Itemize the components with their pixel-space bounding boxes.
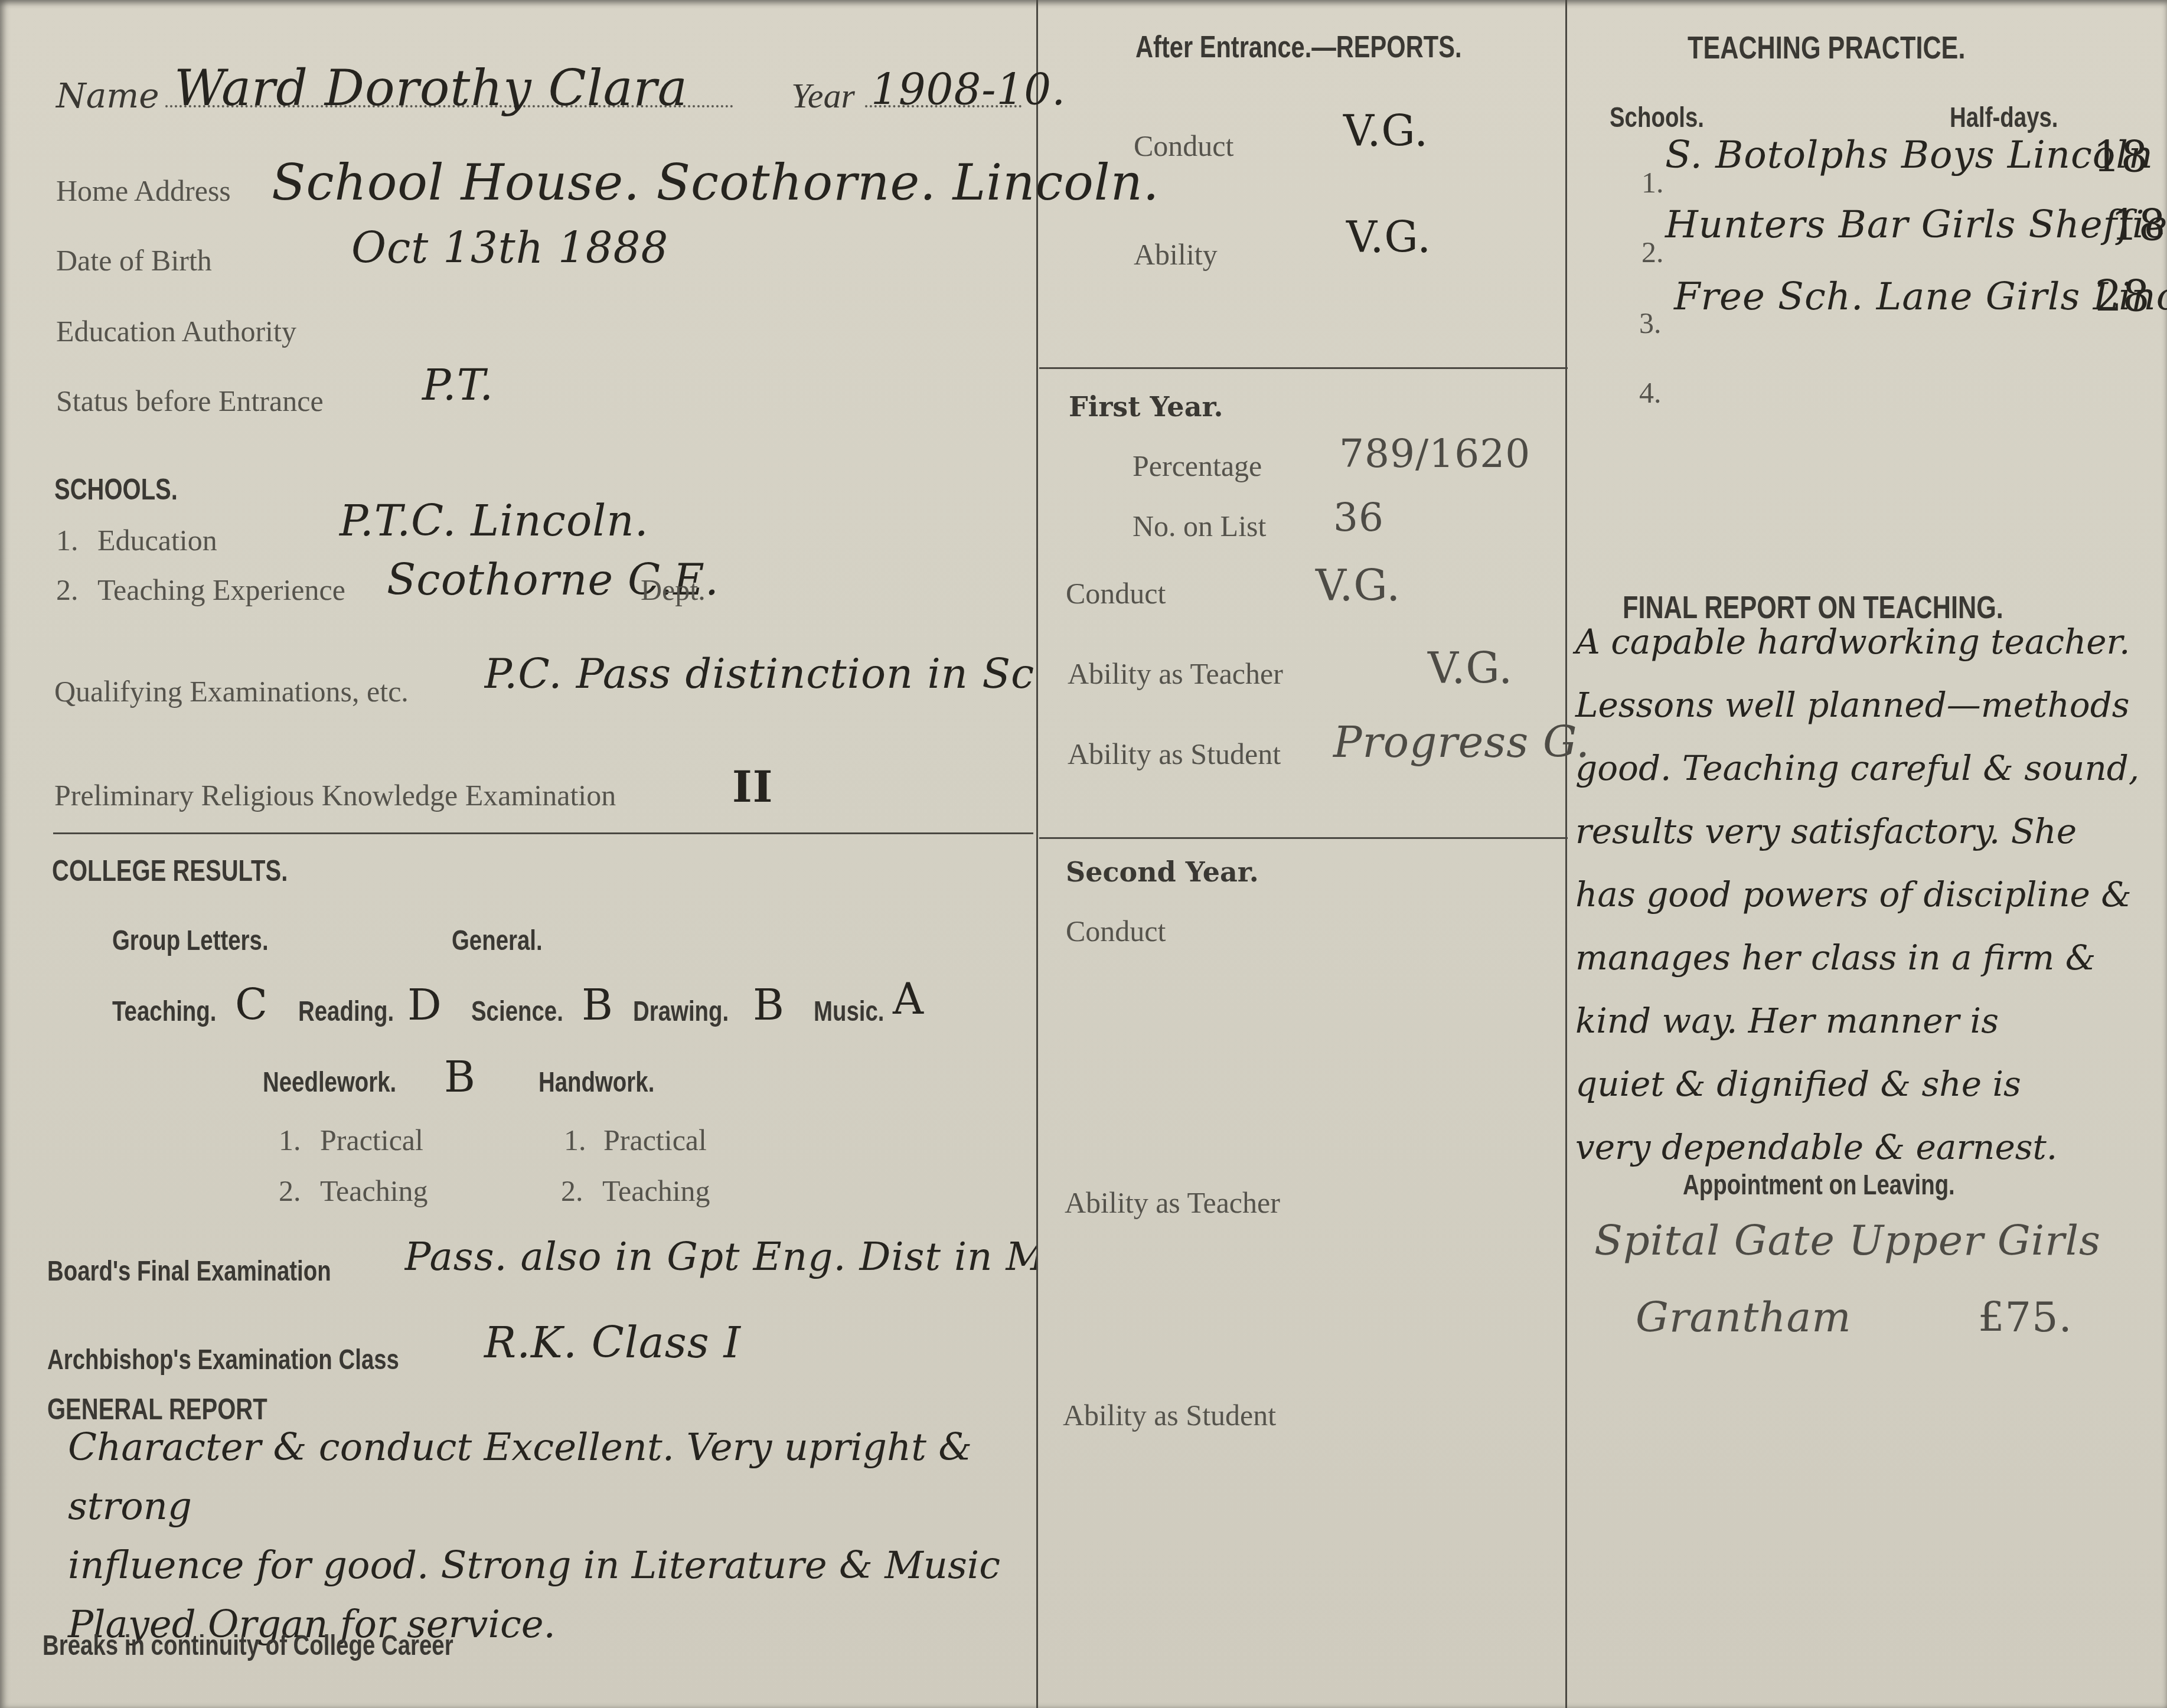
first-year-heading: First Year. — [1069, 391, 1223, 423]
no-on-list-label: No. on List — [1133, 509, 1266, 543]
section-divider-college — [53, 832, 1033, 834]
qualifying-label: Qualifying Examinations, etc. — [54, 674, 409, 708]
group-letters-label: Group Letters. — [112, 925, 269, 957]
tp-row-school: S. Botolphs Boys Lincoln — [1665, 133, 2153, 177]
religious-knowledge-label: Preliminary Religious Knowledge Examinat… — [54, 778, 616, 812]
handwork-teaching-num: 2. — [561, 1174, 583, 1208]
tp-half-days-label: Half-days. — [1950, 102, 2058, 134]
year-label: Year — [791, 76, 855, 116]
first-year-ability-teacher-label: Ability as Teacher — [1068, 657, 1283, 691]
name-value: Ward Dorothy Clara — [174, 59, 688, 117]
subject-reading-grade: D — [407, 980, 442, 1030]
percentage-value: 789/1620 — [1339, 431, 1530, 476]
general-label: General. — [452, 925, 543, 957]
home-address-value: School House. Scothorne. Lincoln. — [272, 154, 1160, 211]
second-year-conduct-label: Conduct — [1066, 914, 1166, 948]
second-year-ability-student-label: Ability as Student — [1063, 1398, 1276, 1432]
tp-row-school: Free Sch. Lane Girls Lincoln — [1674, 275, 2167, 319]
tp-row-num: 4. — [1639, 375, 1662, 410]
first-year-ability-student-value: Progress G. — [1333, 717, 1590, 767]
first-year-conduct-value: V.G. — [1316, 561, 1401, 610]
schools-heading: SCHOOLS. — [54, 472, 178, 507]
section-divider-second-year — [1039, 837, 1568, 839]
subject-music-grade: A — [893, 974, 924, 1024]
tp-row-num: 2. — [1641, 235, 1664, 269]
first-year-conduct-label: Conduct — [1066, 576, 1166, 610]
appointment-salary: £75. — [1978, 1293, 2073, 1341]
qualifying-value: P.C. Pass distinction in Science — [484, 649, 1036, 698]
reports-conduct-value: V.G. — [1343, 106, 1428, 156]
column-divider-left — [1036, 0, 1038, 1708]
tp-row-half-days: 18 — [2093, 132, 2149, 182]
first-year-ability-student-label: Ability as Student — [1068, 737, 1281, 771]
reports-heading: After Entrance.—REPORTS. — [1135, 30, 1461, 65]
appointment-heading: Appointment on Leaving. — [1683, 1169, 1955, 1201]
year-value: 1908-10. — [871, 65, 1066, 115]
status-value: P.T. — [422, 360, 494, 410]
needlework-grade: B — [444, 1052, 476, 1102]
column-divider-right — [1565, 0, 1567, 1708]
appointment-place: Grantham — [1636, 1293, 1852, 1341]
subject-science-grade: B — [582, 980, 613, 1030]
breaks-label: Breaks in continuity of College Career — [43, 1629, 453, 1662]
subject-drawing-label: Drawing. — [633, 995, 729, 1028]
dob-label: Date of Birth — [56, 243, 212, 277]
general-report-text: Character & conduct Excellent. Very upri… — [68, 1418, 1036, 1654]
subject-music-label: Music. — [814, 995, 885, 1028]
experience-num: 2. — [56, 573, 79, 607]
subject-teaching-label: Teaching. — [112, 995, 216, 1028]
archbishop-label: Archbishop's Examination Class — [47, 1344, 399, 1376]
tp-schools-label: Schools. — [1610, 102, 1704, 134]
home-address-label: Home Address — [56, 174, 231, 208]
section-divider-first-year — [1039, 367, 1568, 369]
archbishop-value: R.K. Class I — [484, 1318, 741, 1367]
needlework-practical-num: 1. — [279, 1123, 301, 1157]
subject-teaching-grade: C — [235, 980, 268, 1030]
percentage-label: Percentage — [1133, 449, 1262, 483]
tp-row-num: 3. — [1639, 306, 1662, 340]
first-year-ability-teacher-value: V.G. — [1428, 644, 1513, 693]
student-record-card: Name Ward Dorothy Clara Year 1908-10. Ho… — [0, 0, 2167, 1708]
handwork-practical-label: Practical — [603, 1123, 707, 1157]
experience-label: Teaching Experience — [97, 573, 345, 607]
handwork-practical-num: 1. — [564, 1123, 586, 1157]
reports-conduct-label: Conduct — [1134, 129, 1233, 163]
tp-row-half-days: 28 — [2095, 272, 2150, 321]
handwork-label: Handwork. — [539, 1066, 654, 1099]
boards-final-label: Board's Final Examination — [47, 1255, 331, 1288]
no-on-list-value: 36 — [1333, 495, 1384, 540]
tp-row-half-days: 18 — [2111, 201, 2166, 250]
status-label: Status before Entrance — [56, 384, 324, 418]
religious-knowledge-value: II — [732, 762, 773, 812]
needlework-teaching-label: Teaching — [320, 1174, 428, 1208]
needlework-label: Needlework. — [263, 1066, 396, 1099]
needlework-practical-label: Practical — [320, 1123, 423, 1157]
college-results-heading: COLLEGE RESULTS. — [52, 854, 288, 888]
appointment-line1: Spital Gate Upper Girls — [1594, 1216, 2101, 1265]
education-value: P.T.C. Lincoln. — [340, 496, 649, 546]
subject-drawing-grade: B — [753, 980, 785, 1030]
experience-suffix: Dept. — [641, 573, 706, 607]
reports-ability-label: Ability — [1134, 237, 1218, 272]
second-year-ability-teacher-label: Ability as Teacher — [1065, 1186, 1280, 1220]
dob-value: Oct 13th 1888 — [351, 223, 668, 273]
education-label: Education — [97, 523, 217, 557]
subject-reading-label: Reading. — [298, 995, 394, 1028]
tp-row-school: Hunters Bar Girls Sheffield — [1665, 203, 2167, 247]
handwork-teaching-label: Teaching — [602, 1174, 710, 1208]
final-report-text: A capable hardworking teacher. Lessons w… — [1575, 610, 2166, 1179]
second-year-heading: Second Year. — [1066, 856, 1259, 888]
boards-final-value: Pass. also in Gpt Eng. Dist in Music. — [404, 1234, 1036, 1279]
subject-science-label: Science. — [471, 995, 563, 1028]
tp-row-num: 1. — [1641, 165, 1664, 200]
name-label: Name — [56, 76, 159, 116]
education-num: 1. — [56, 523, 79, 557]
teaching-practice-heading: TEACHING PRACTICE. — [1688, 30, 1965, 66]
needlework-teaching-num: 2. — [279, 1174, 301, 1208]
reports-ability-value: V.G. — [1346, 213, 1431, 262]
education-authority-label: Education Authority — [56, 314, 296, 348]
